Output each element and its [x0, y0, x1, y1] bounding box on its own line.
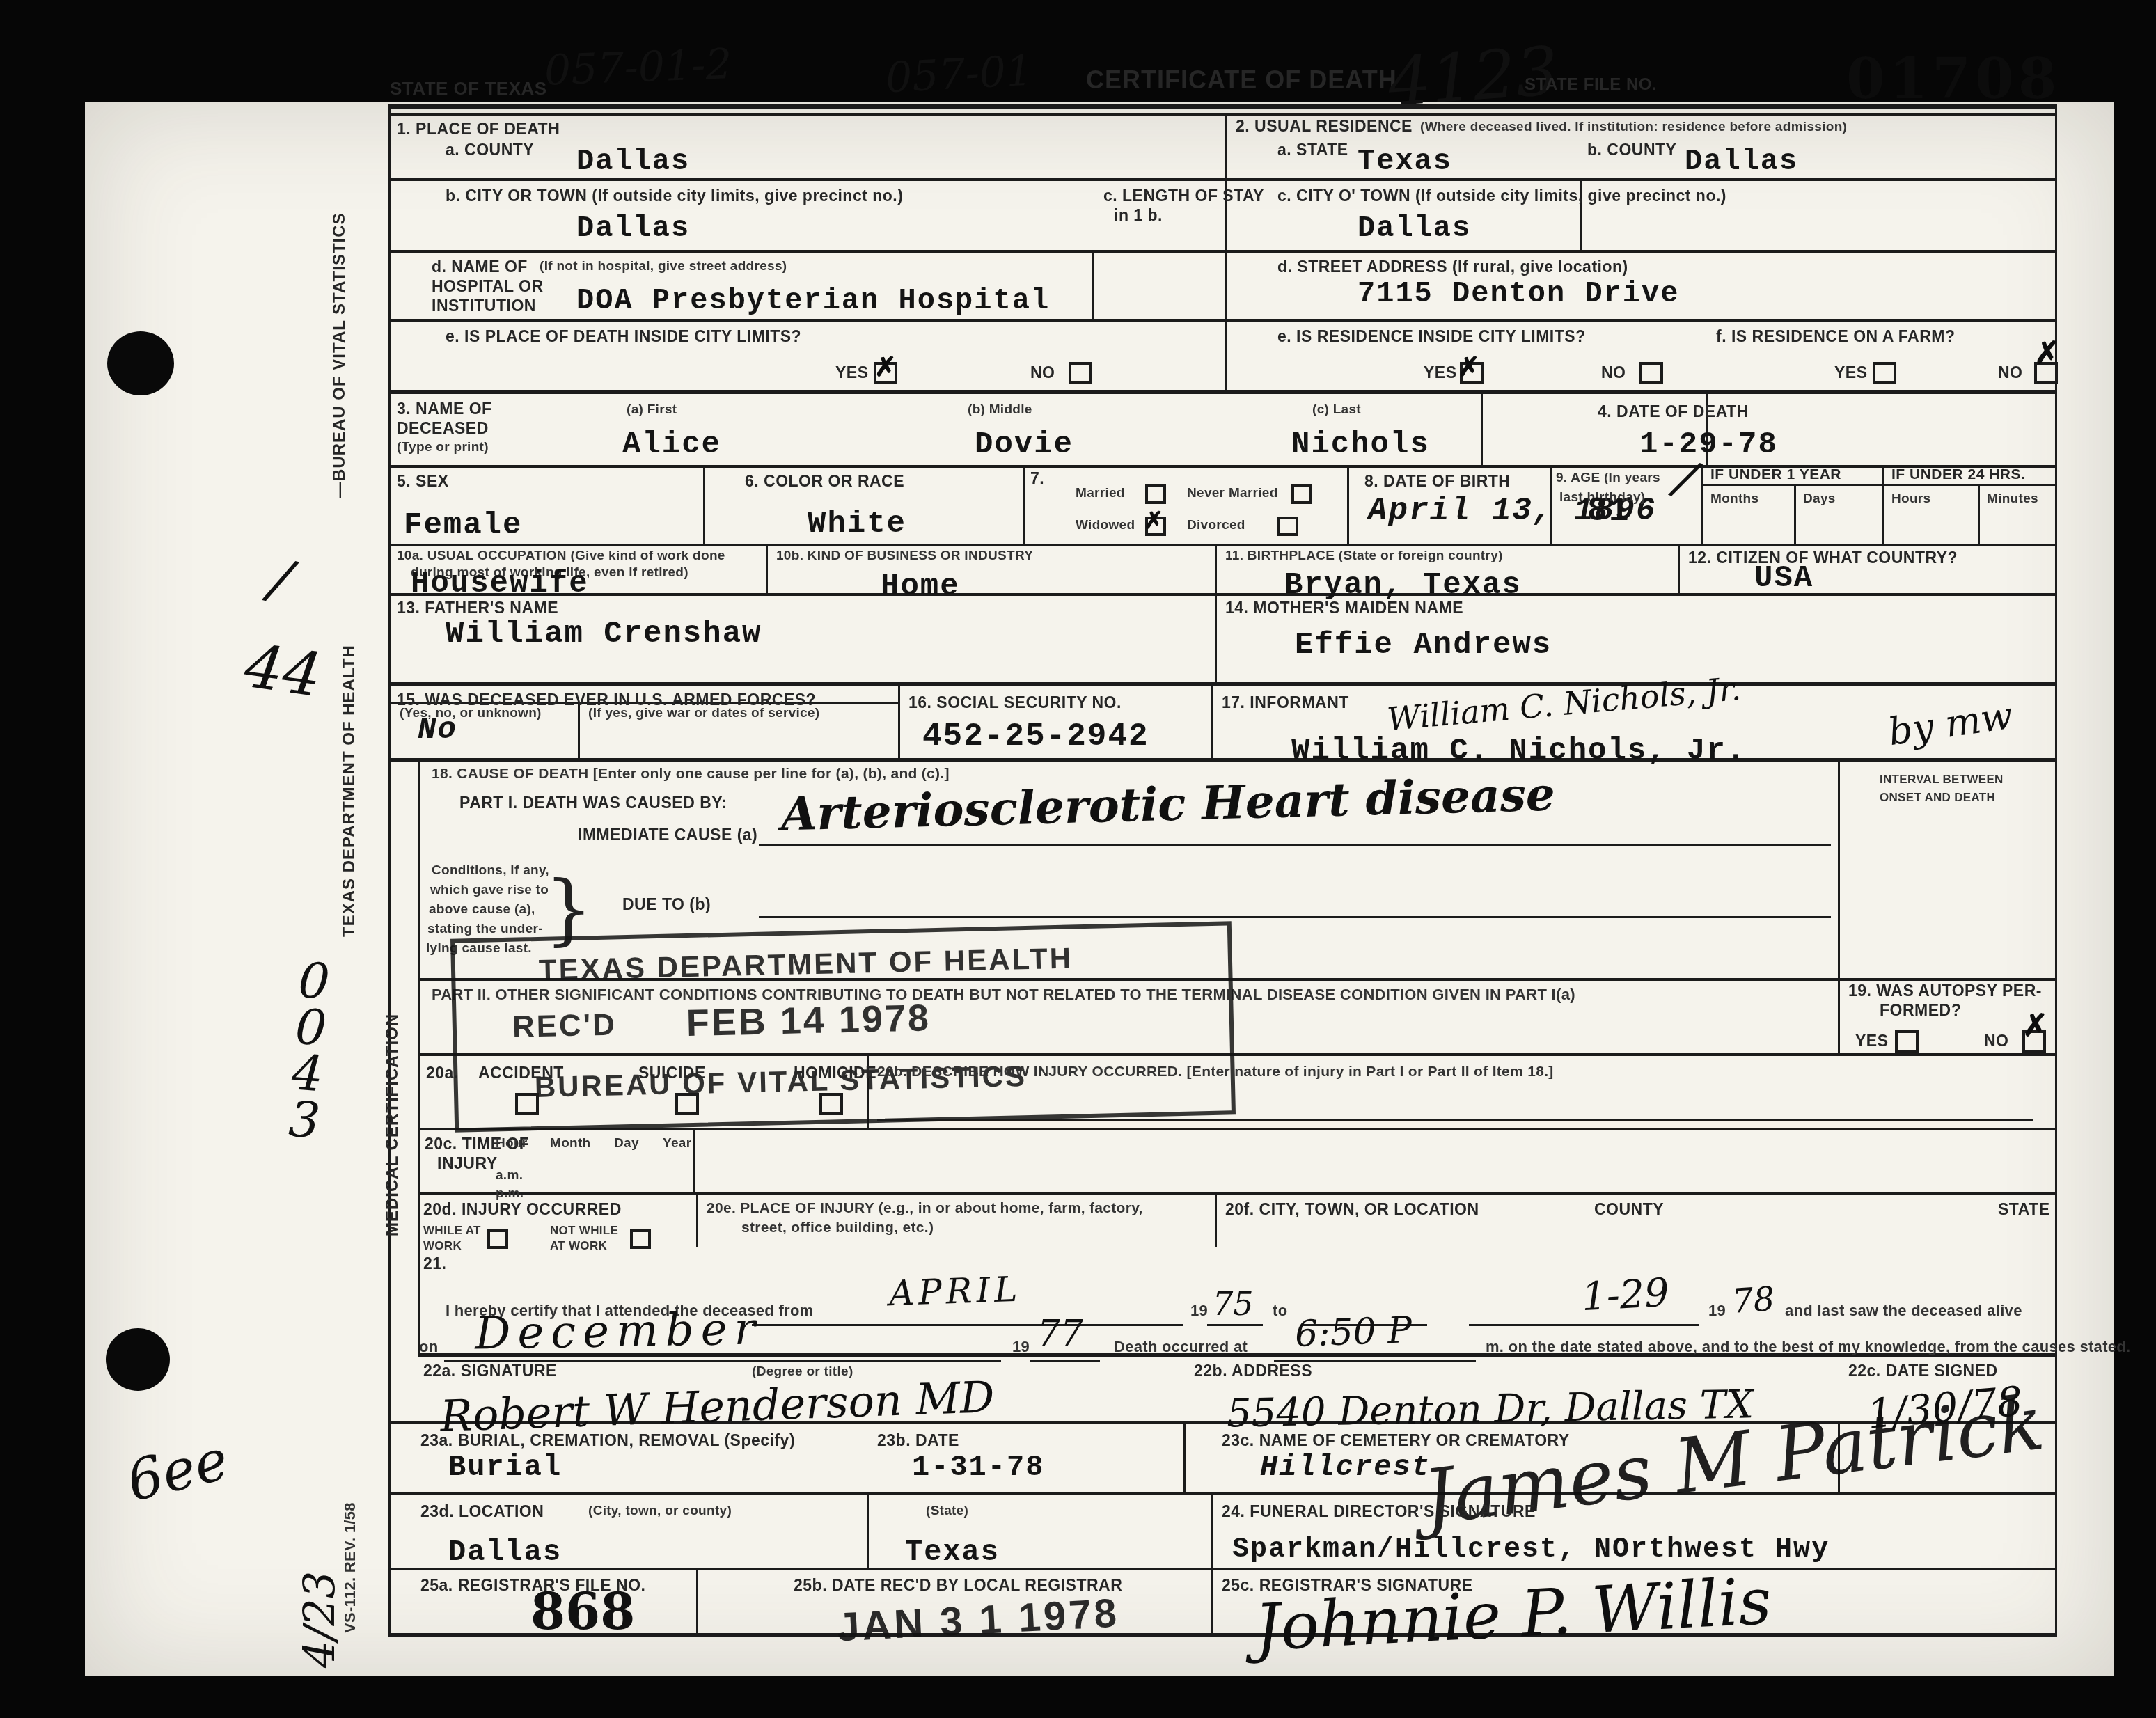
field-5-sex-value: Female — [404, 508, 522, 543]
field-20a-accident-checkbox — [515, 1093, 539, 1115]
field-14-mother-label: 14. MOTHER'S MAIDEN NAME — [1225, 599, 1463, 617]
field-2e-limits-label: e. IS RESIDENCE INSIDE CITY LIMITS? — [1277, 327, 1586, 346]
field-23d-location-label: 23d. LOCATION — [420, 1502, 544, 1521]
field-21-text3: and last saw the deceased alive — [1785, 1302, 2022, 1320]
field-23a-burial-value: Burial — [448, 1451, 562, 1484]
handwritten-0043-vertical: 0043 — [288, 957, 331, 1144]
field-12-citizen-value: USA — [1754, 561, 1813, 596]
field-19-no-label: NO — [1984, 1032, 2009, 1050]
scan-border-right — [2113, 0, 2156, 1718]
field-2f-no-label: NO — [1998, 363, 2023, 382]
field-6-race-value: White — [808, 507, 906, 542]
field-16-ssn-label: 16. SOCIAL SECURITY NO. — [908, 693, 1122, 712]
field-1c-stay-label2: in 1 b. — [1114, 206, 1163, 225]
field-13-father-value: William Crenshaw — [446, 617, 762, 652]
handwritten-44: 44 — [241, 631, 326, 711]
received-stamp: TEXAS DEPARTMENT OF HEALTH REC'D FEB 14 … — [450, 921, 1236, 1132]
field-2b-county-value: Dallas — [1685, 145, 1798, 178]
field-2e-no-label: NO — [1601, 363, 1626, 382]
field-6-race-label: 6. COLOR OR RACE — [745, 472, 904, 491]
field-2b-county-label: b. COUNTY — [1587, 141, 1676, 159]
interval-label-line2: ONSET AND DEATH — [1880, 791, 1995, 805]
field-1a-county-label: a. COUNTY — [446, 141, 534, 159]
field-7-divorced-checkbox — [1277, 517, 1298, 536]
field-3a-first-label: (a) First — [627, 402, 677, 418]
field-2e-yes-checkmark: ✗ — [1458, 351, 1480, 382]
field-1d-hospital-label3: INSTITUTION — [432, 297, 536, 315]
field-3c-last-value: Nichols — [1291, 427, 1430, 462]
field-9-age-label1: 9. AGE (In years — [1556, 471, 1660, 486]
field-18-conditions-line4: stating the under- — [427, 922, 543, 937]
field-21-hw-time: 6:50 P — [1294, 1309, 1413, 1355]
field-23d-city-value: Dallas — [448, 1536, 562, 1569]
field-10a-occupation-label1: 10a. USUAL OCCUPATION (Give kind of work… — [397, 549, 725, 564]
field-19-autopsy-label1: 19. WAS AUTOPSY PER- — [1848, 982, 2042, 1000]
field-7-divorced-label: Divorced — [1187, 518, 1245, 533]
field-1a-county-value: Dallas — [576, 145, 690, 178]
field-2e-yes-label: YES — [1424, 363, 1457, 382]
field-17-informant-typed: William C. Nichols, Jr. — [1291, 734, 1746, 769]
field-19-yes-checkbox — [1895, 1030, 1919, 1053]
field-7-label: 7. — [1030, 469, 1044, 488]
field-20f-county-label: COUNTY — [1594, 1200, 1664, 1219]
field-20a-suicide-label: SUICIDE — [638, 1064, 706, 1082]
field-2d-street-value: 7115 Denton Drive — [1358, 277, 1679, 310]
field-1b-city-value: Dallas — [576, 212, 690, 245]
field-19-no-checkmark: ✗ — [2022, 1008, 2048, 1043]
field-3b-middle-label: (b) Middle — [968, 402, 1032, 418]
field-20a-homicide-label: HOMICIDE — [794, 1064, 876, 1082]
field-17-informant-label: 17. INFORMANT — [1222, 693, 1349, 712]
field-7-married-label: Married — [1076, 486, 1125, 501]
field-21-hw-on-month: December — [474, 1303, 762, 1360]
field-1e-limits-label: e. IS PLACE OF DEATH INSIDE CITY LIMITS? — [446, 327, 801, 346]
field-18-cause-label: 18. CAUSE OF DEATH [Enter only one cause… — [432, 766, 950, 782]
field-10a-occupation-value: Housewife — [411, 567, 589, 601]
stamp-date: FEB 14 1978 — [686, 996, 931, 1045]
field-19-yes-label: YES — [1855, 1032, 1889, 1050]
field-20a-accident-label: ACCIDENT — [478, 1064, 564, 1082]
field-23b-date-value: 1-31-78 — [912, 1451, 1044, 1484]
dept-vertical-label: TEXAS DEPARTMENT OF HEALTH — [340, 631, 359, 937]
scan-border-top — [0, 0, 2156, 102]
field-21-hw-from-year: 75 — [1213, 1285, 1254, 1323]
field-23d-city-sub-label: (City, town, or county) — [588, 1504, 732, 1519]
field-1e-yes-checkmark: ✗ — [874, 351, 897, 382]
field-7-married-checkbox — [1145, 484, 1166, 504]
field-20b-label: 20b. DESCRIBE HOW INJURY OCCURRED. [Ente… — [877, 1064, 1554, 1080]
field-25b-date-recd-stamp: JAN 3 1 1978 — [836, 1589, 1121, 1650]
handwritten-district-code: 057-01-2 — [544, 40, 733, 95]
field-20a-homicide-checkbox — [819, 1093, 843, 1115]
field-21-hw-from-month: APRIL — [888, 1269, 1022, 1314]
field-10b-business-value: Home — [881, 569, 960, 604]
field-20c-pm-label: p.m. — [496, 1186, 524, 1201]
field-21-text5: Death occurred at — [1114, 1338, 1248, 1356]
field-20f-state-label: STATE — [1998, 1200, 2049, 1219]
medical-certification-vertical-label: MEDICAL CERTIFICATION — [383, 937, 402, 1236]
state-file-no-label: STATE FILE NO. — [1525, 75, 1657, 95]
field-1b-city-label: b. CITY OR TOWN (If outside city limits,… — [446, 187, 903, 205]
field-18-part1-label: PART I. DEATH WAS CAUSED BY: — [459, 794, 727, 812]
field-23a-burial-label: 23a. BURIAL, CREMATION, REMOVAL (Specify… — [420, 1431, 795, 1450]
field-18-immediate-cause-label: IMMEDIATE CAUSE (a) — [578, 826, 757, 844]
field-23d-state-sub-label: (State) — [926, 1504, 968, 1519]
field-20c-am-label: a.m. — [496, 1168, 523, 1183]
punch-hole-top — [107, 331, 174, 395]
stamp-recd: REC'D — [512, 1007, 617, 1044]
field-21-to: to — [1273, 1302, 1287, 1320]
field-20a-label: 20a. — [426, 1064, 459, 1082]
stamp-line1: TEXAS DEPARTMENT OF HEALTH — [539, 941, 1073, 986]
field-7-widowed-label: Widowed — [1076, 518, 1135, 533]
field-2a-state-label: a. STATE — [1277, 141, 1348, 159]
field-21-hw-on-year: 77 — [1037, 1313, 1083, 1355]
field-5-sex-label: 5. SEX — [397, 472, 449, 491]
field-20f-label: 20f. CITY, TOWN, OR LOCATION — [1225, 1200, 1479, 1219]
field-9-hours-label: Hours — [1891, 491, 1930, 507]
punch-hole-bottom — [106, 1328, 170, 1391]
field-11-birthplace-value: Bryan, Texas — [1284, 568, 1522, 603]
field-14-mother-value: Effie Andrews — [1295, 628, 1552, 663]
field-21-19-c: 19 — [1012, 1338, 1030, 1356]
field-21-19-b: 19 — [1708, 1302, 1726, 1320]
field-18-due-to-b-label: DUE TO (b) — [622, 895, 711, 914]
field-20a-suicide-checkbox — [675, 1093, 699, 1115]
field-2-usual-residence-label: 2. USUAL RESIDENCE — [1236, 117, 1413, 136]
field-9-under-24-hrs-label: IF UNDER 24 HRS. — [1891, 466, 2025, 483]
field-2f-no-checkmark: ✗ — [2034, 336, 2060, 371]
field-15-sub2-label: (If yes, give war or dates of service) — [588, 706, 819, 721]
field-1c-stay-label: c. LENGTH OF STAY — [1103, 187, 1264, 205]
field-20e-label2: street, office building, etc.) — [741, 1220, 934, 1236]
field-18-conditions-line1: Conditions, if any, — [432, 863, 549, 878]
field-3b-middle-value: Dovie — [975, 427, 1073, 462]
field-25a-registrar-file-value: 868 — [530, 1582, 635, 1641]
state-file-number: 01708 — [1846, 46, 2061, 111]
field-20c-year-label: Year — [663, 1136, 691, 1151]
field-23b-date-label: 23b. DATE — [877, 1431, 959, 1450]
field-7-widowed-checkmark: ✗ — [1144, 507, 1164, 535]
scan-border-left — [0, 0, 85, 1718]
field-2c-city-value: Dallas — [1358, 212, 1471, 245]
field-10b-business-label: 10b. KIND OF BUSINESS OR INDUSTRY — [776, 549, 1033, 564]
field-9-under-1-year-label: IF UNDER 1 YEAR — [1710, 466, 1841, 483]
field-2e-no-checkbox — [1639, 362, 1663, 384]
field-20d-while-at-label: WHILE AT — [423, 1224, 481, 1238]
field-1e-no-label: NO — [1030, 363, 1055, 382]
field-1d-hospital-label: d. NAME OF — [432, 258, 528, 276]
field-8-dob-label: 8. DATE OF BIRTH — [1364, 472, 1510, 491]
field-1d-hospital-value: DOA Presbyterian Hospital — [576, 284, 1050, 317]
field-21-text6: m. on the date stated above, and to the … — [1486, 1338, 2130, 1356]
field-3-name-label2: DECEASED — [397, 419, 489, 438]
field-2f-yes-label: YES — [1834, 363, 1868, 382]
certificate-paper: STATE OF TEXAS 057-01-2 057-01 CERTIFICA… — [85, 102, 2114, 1676]
field-4-date-of-death-label: 4. DATE OF DEATH — [1598, 402, 1749, 421]
field-21-hw-to-year: 78 — [1731, 1279, 1776, 1321]
field-20d-not-while-checkbox — [630, 1229, 651, 1249]
field-12-citizen-label: 12. CITIZEN OF WHAT COUNTRY? — [1688, 549, 1958, 567]
field-24-funeral-home-typed: Sparkman/Hillcrest, NOrthwest Hwy — [1232, 1534, 1830, 1566]
field-7-never-married-label: Never Married — [1187, 486, 1278, 501]
field-19-autopsy-label2: FORMED? — [1880, 1001, 1961, 1020]
field-21-hw-to-date: 1-29 — [1580, 1270, 1670, 1320]
field-2d-street-label: d. STREET ADDRESS (If rural, give locati… — [1277, 258, 1628, 276]
field-20d-work-label: WORK — [423, 1239, 462, 1253]
field-1d-hospital-label2: HOSPITAL OR — [432, 277, 544, 296]
field-20e-label1: 20e. PLACE OF INJURY (e.g., in or about … — [707, 1200, 1143, 1217]
field-16-ssn-value: 452-25-2942 — [922, 718, 1149, 755]
field-23c-cemetery-value: Hillcrest — [1260, 1451, 1431, 1484]
field-22b-address-label: 22b. ADDRESS — [1194, 1362, 1312, 1380]
field-7-never-married-checkbox — [1291, 484, 1312, 504]
handwritten-gee: 6ee — [120, 1427, 235, 1514]
field-9-minutes-label: Minutes — [1987, 491, 2038, 507]
field-20c-day-label: Day — [614, 1136, 639, 1151]
field-2-usual-residence-sublabel: (Where deceased lived. If institution: r… — [1420, 120, 1847, 135]
field-1d-hospital-sublabel: (If not in hospital, give street address… — [540, 259, 787, 274]
field-20c-hour-label: Hour — [496, 1136, 528, 1151]
field-18-conditions-line2: which gave rise to — [430, 883, 549, 898]
field-17-by-initials: by mw — [1885, 693, 2015, 754]
field-13-father-label: 13. FATHER'S NAME — [397, 599, 558, 617]
field-21-on: on — [419, 1338, 438, 1356]
scan-border-bottom — [0, 1676, 2156, 1718]
field-22c-date-signed-label: 22c. DATE SIGNED — [1848, 1362, 1998, 1380]
field-20d-while-checkbox — [487, 1229, 508, 1249]
field-20d-not-while-label: NOT WHILE — [550, 1224, 618, 1238]
field-2f-yes-checkbox — [1873, 362, 1896, 384]
field-20c-month-label: Month — [550, 1136, 590, 1151]
field-24-funeral-director-label: 24. FUNERAL DIRECTOR'S SIGNATURE — [1222, 1502, 1536, 1521]
field-3c-last-label: (c) Last — [1312, 402, 1361, 418]
certificate-title: CERTIFICATE OF DEATH — [1086, 65, 1397, 95]
state-of-texas-label: STATE OF TEXAS — [390, 78, 547, 100]
field-1-place-of-death-label: 1. PLACE OF DEATH — [397, 120, 560, 139]
field-2f-farm-label: f. IS RESIDENCE ON A FARM? — [1716, 327, 1956, 346]
field-3-name-label1: 3. NAME OF — [397, 400, 492, 418]
field-23d-state-value: Texas — [905, 1536, 1000, 1569]
field-18-conditions-line3: above cause (a), — [429, 902, 535, 917]
handwritten-4-23-vertical: 4/23 — [294, 1487, 345, 1668]
field-2a-state-value: Texas — [1358, 145, 1452, 178]
field-3a-first-value: Alice — [622, 427, 721, 462]
field-4-date-of-death-value: 1-29-78 — [1639, 427, 1778, 462]
bureau-vertical-label: —BUREAU OF VITAL STATISTICS — [330, 269, 349, 498]
handwritten-tick-mark: / — [264, 546, 298, 613]
field-2c-city-label: c. CITY O' TOWN (If outside city limits,… — [1277, 187, 1726, 205]
field-11-birthplace-label: 11. BIRTHPLACE (State or foreign country… — [1225, 549, 1503, 564]
field-20d-label: 20d. INJURY OCCURRED — [423, 1200, 622, 1219]
field-1e-yes-label: YES — [835, 363, 869, 382]
field-3-name-label3: (Type or print) — [397, 440, 489, 455]
field-22a-signature-label: 22a. SIGNATURE — [423, 1362, 557, 1380]
field-9-days-label: Days — [1803, 491, 1836, 507]
field-9-age-value: 81 — [1587, 493, 1630, 530]
field-15-value: No — [418, 713, 457, 748]
field-1e-no-checkbox — [1069, 362, 1092, 384]
field-21-19-a: 19 — [1190, 1302, 1208, 1320]
field-9-months-label: Months — [1710, 491, 1758, 507]
interval-label-line1: INTERVAL BETWEEN — [1880, 773, 2004, 787]
field-20c-label2: INJURY — [437, 1154, 498, 1173]
field-20d-at-work-label: AT WORK — [550, 1239, 607, 1253]
field-21-label: 21. — [423, 1254, 446, 1273]
field-17-informant-signature: William C. Nichols, Jr. — [1386, 670, 1742, 738]
scanned-death-certificate: STATE OF TEXAS 057-01-2 057-01 CERTIFICA… — [0, 0, 2156, 1718]
handwritten-district-code-2: 057-01 — [884, 47, 1034, 103]
